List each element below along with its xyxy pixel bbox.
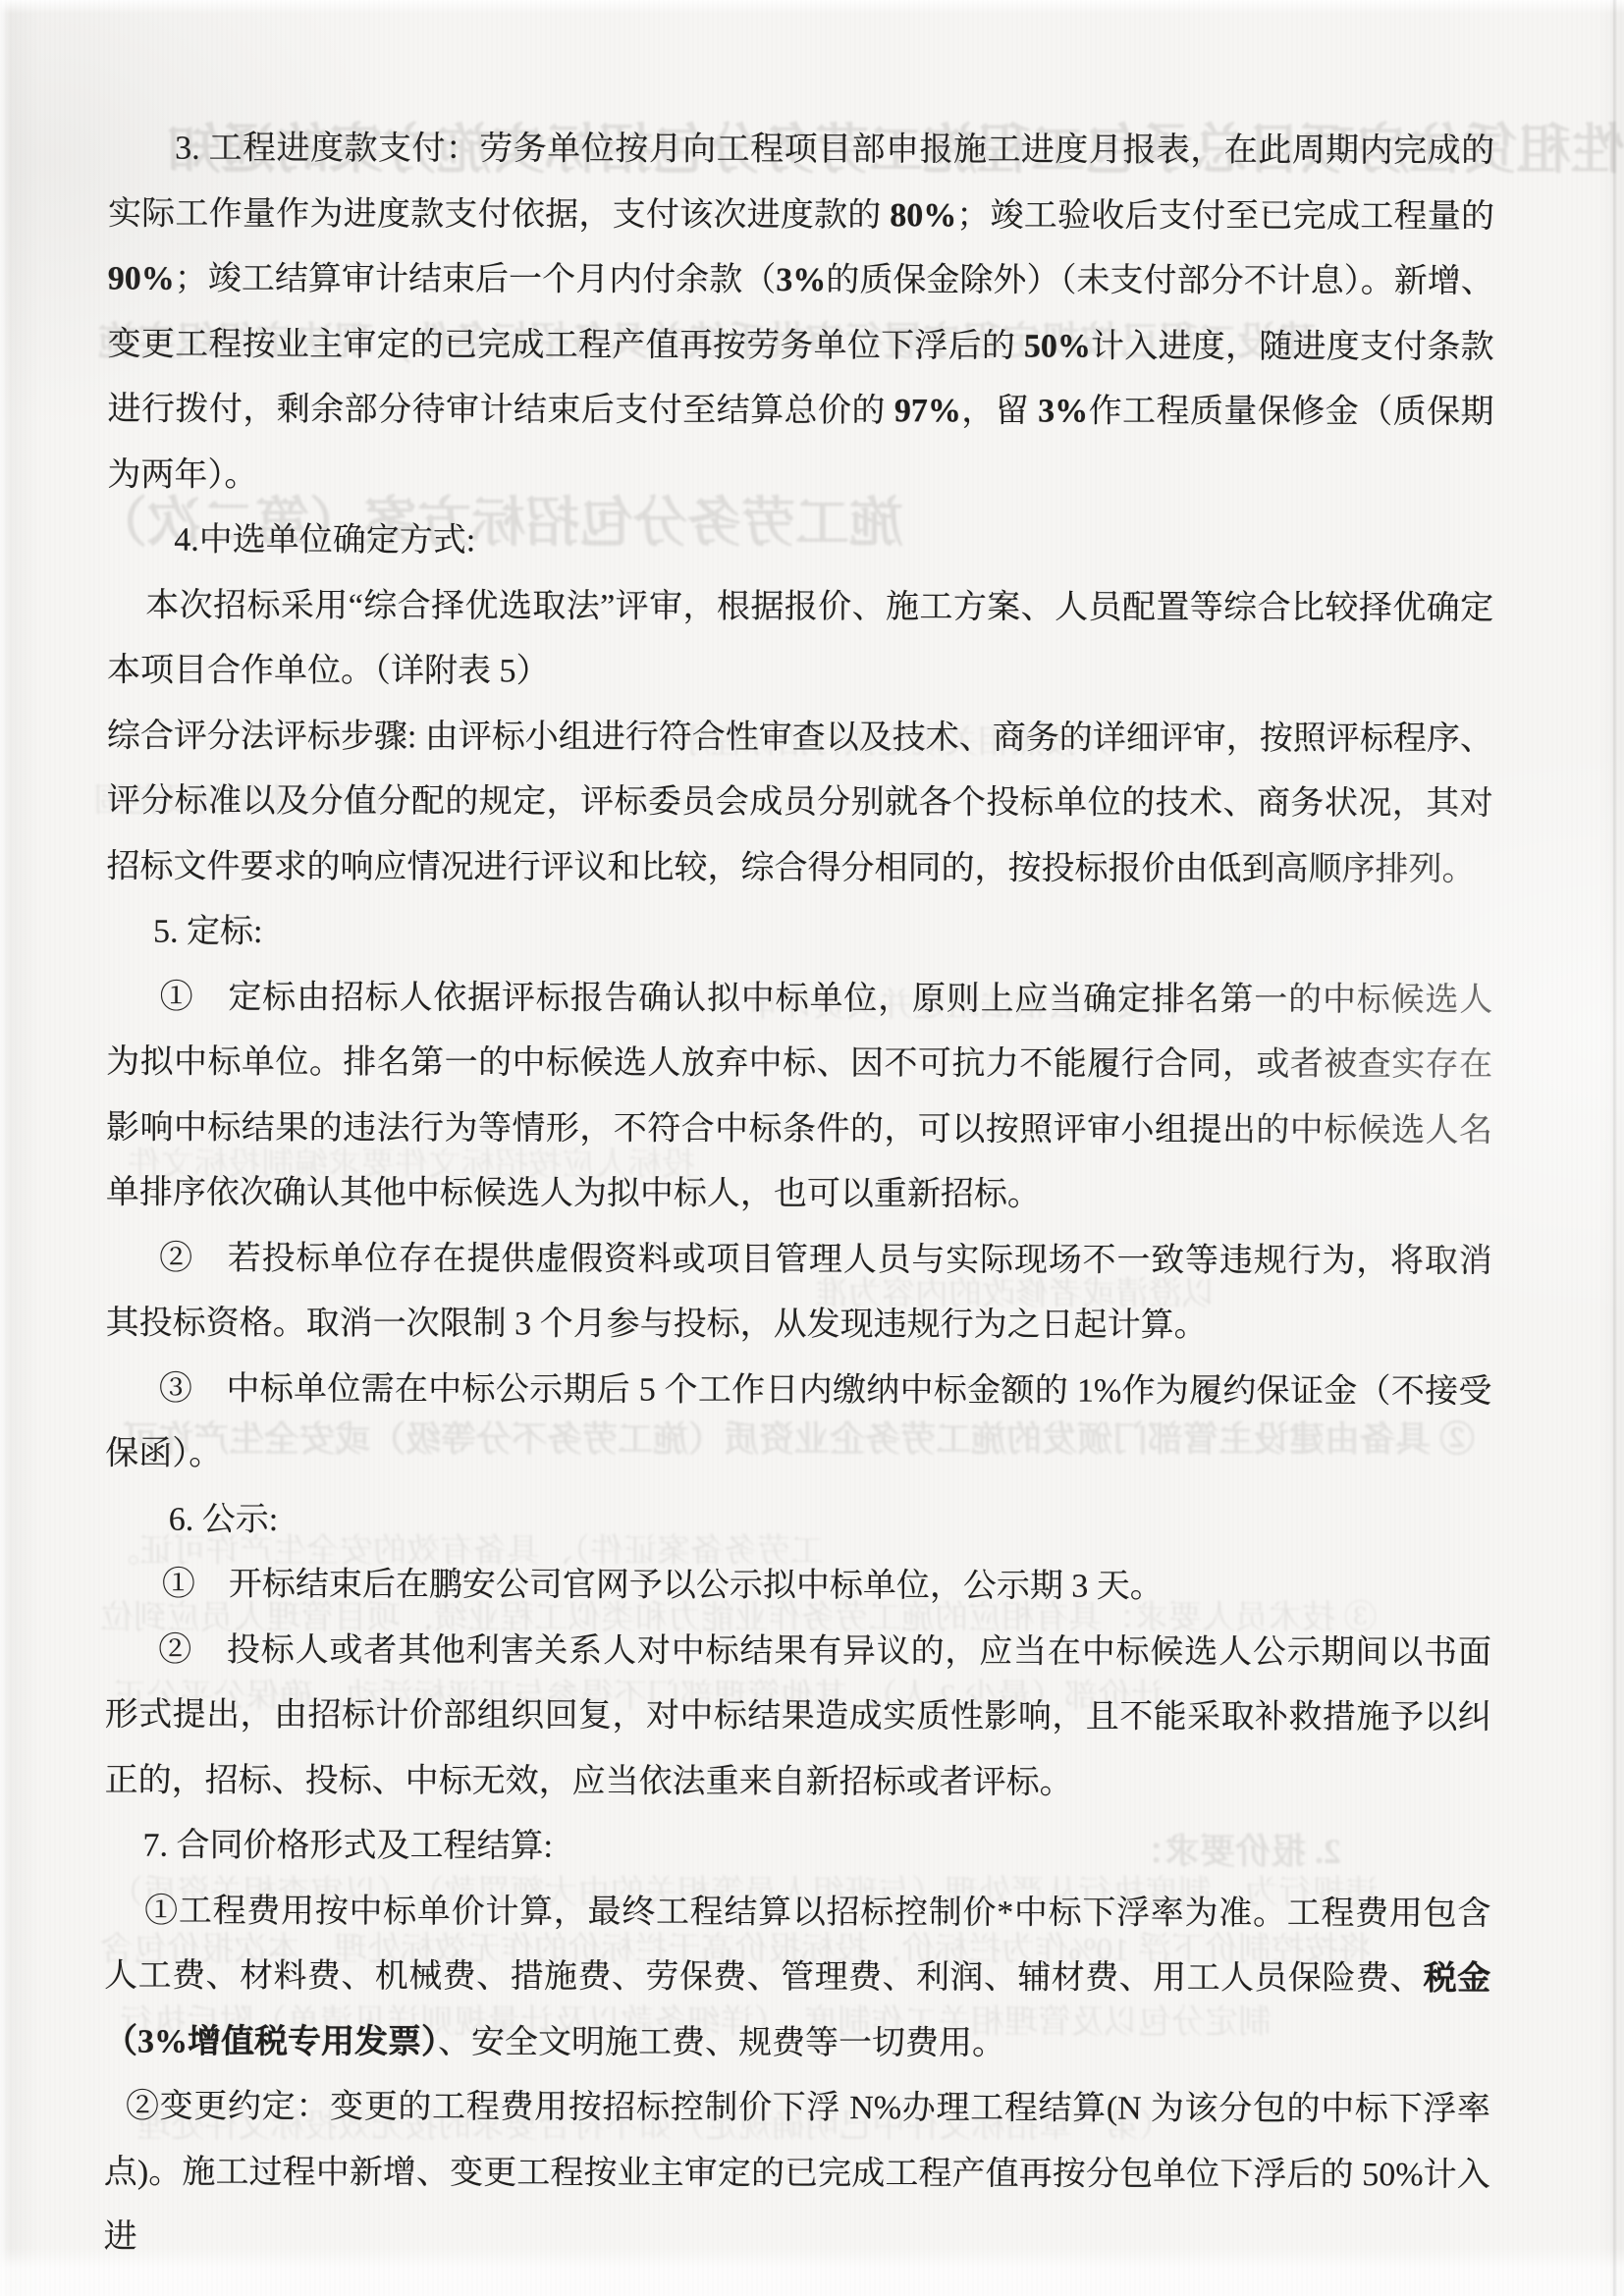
- document-body: 3. 工程进度款支付：劳务单位按月向工程项目部申报施工进度月报表，在此周期内完成…: [104, 0, 1495, 2273]
- paragraph: ①工程费用按中标单价计算，最终工程结算以招标控制价*中标下浮率为准。工程费用包含…: [104, 1879, 1490, 2077]
- text-run: ，留: [961, 393, 1038, 429]
- bold-text-run: 90%: [108, 261, 175, 297]
- paragraph: 本次招标采用“综合择优选取法”评审，根据报价、施工方案、人员配置等综合比较择优确…: [107, 573, 1493, 707]
- paragraph: ② 若投标单位存在提供虚假资料或项目管理人员与实际现场不一致等违规行为，将取消其…: [106, 1226, 1492, 1360]
- paragraph: 3. 工程进度款支付：劳务单位按月向工程项目部申报施工进度月报表，在此周期内完成…: [107, 117, 1494, 511]
- text-run: 6. 公示:: [169, 1501, 279, 1537]
- paragraph: 4.中选单位确定方式:: [107, 508, 1493, 576]
- paragraph: 6. 公示:: [105, 1487, 1491, 1555]
- scanned-page: 保障性租赁住房项目总承包工程施工劳务分包招标实施方案的通知建设工程已按规定程序履…: [0, 0, 1624, 2296]
- text-run: ① 定标由招标人依据评标报告确认拟中标单位，原则上应当确定排名第一的中标候选人为…: [106, 979, 1492, 1212]
- text-run: ② 投标人或者其他利害关系人对中标结果有异议的，应当在中标候选人公示期间以书面形…: [105, 1631, 1491, 1800]
- text-run: 综合评分法评标步骤: 由评标小组进行符合性审查以及技术、商务的详细评审，按照评标…: [107, 718, 1493, 887]
- text-run: 7. 合同价格形式及工程结算:: [143, 1828, 554, 1865]
- text-run: 4.中选单位确定方式:: [174, 522, 475, 560]
- paragraph: 综合评分法评标步骤: 由评标小组进行符合性审查以及技术、商务的详细评审，按照评标…: [107, 704, 1493, 902]
- bold-text-run: 3%: [776, 262, 826, 298]
- text-run: ① 开标结束后在鹏安公司官网予以公示拟中标单位，公示期 3 天。: [162, 1567, 1164, 1605]
- paragraph: ① 开标结束后在鹏安公司官网予以公示拟中标单位，公示期 3 天。: [105, 1553, 1491, 1621]
- paragraph: ① 定标由招标人依据评标报告确认拟中标单位，原则上应当确定排名第一的中标候选人为…: [106, 965, 1493, 1229]
- text-run: 5. 定标:: [153, 914, 263, 950]
- text-run: ② 若投标单位存在提供虚假资料或项目管理人员与实际现场不一致等违规行为，将取消其…: [106, 1240, 1492, 1344]
- paragraph: 7. 合同价格形式及工程结算:: [104, 1814, 1490, 1882]
- bold-text-run: 97%: [894, 393, 961, 429]
- bold-text-run: 3%: [1038, 394, 1088, 430]
- text-run: ；竣工结算审计结束后一个月内付余款（: [175, 261, 777, 298]
- paragraph: ②变更约定：变更的工程费用按招标控制价下浮 N%办理工程结算(N 为该分包的中标…: [104, 2075, 1490, 2273]
- text-run: 、安全文明施工费、规费等一切费用。: [438, 2024, 1005, 2061]
- text-run: ②变更约定：变更的工程费用按招标控制价下浮 N%办理工程结算(N 为该分包的中标…: [104, 2089, 1490, 2256]
- paragraph: 5. 定标:: [106, 900, 1492, 968]
- text-run: 本次招标采用“综合择优选取法”评审，根据报价、施工方案、人员配置等综合比较择优确…: [107, 587, 1493, 689]
- paragraph: ③ 中标单位需在中标公示期后 5 个工作日内缴纳中标金额的 1%作为履约保证金（…: [105, 1357, 1491, 1490]
- text-run: ；竣工验收后支付至已完成工程量的: [956, 197, 1494, 235]
- bold-text-run: 50%: [1024, 328, 1091, 364]
- paragraph: ② 投标人或者其他利害关系人对中标结果有异议的，应当在中标候选人公示期间以书面形…: [105, 1618, 1491, 1816]
- text-run: ③ 中标单位需在中标公示期后 5 个工作日内缴纳中标金额的 1%作为履约保证金（…: [105, 1370, 1491, 1472]
- bold-text-run: 80%: [890, 197, 956, 234]
- text-run: ①工程费用按中标单价计算，最终工程结算以招标控制价*中标下浮率为准。工程费用包含…: [104, 1893, 1490, 1997]
